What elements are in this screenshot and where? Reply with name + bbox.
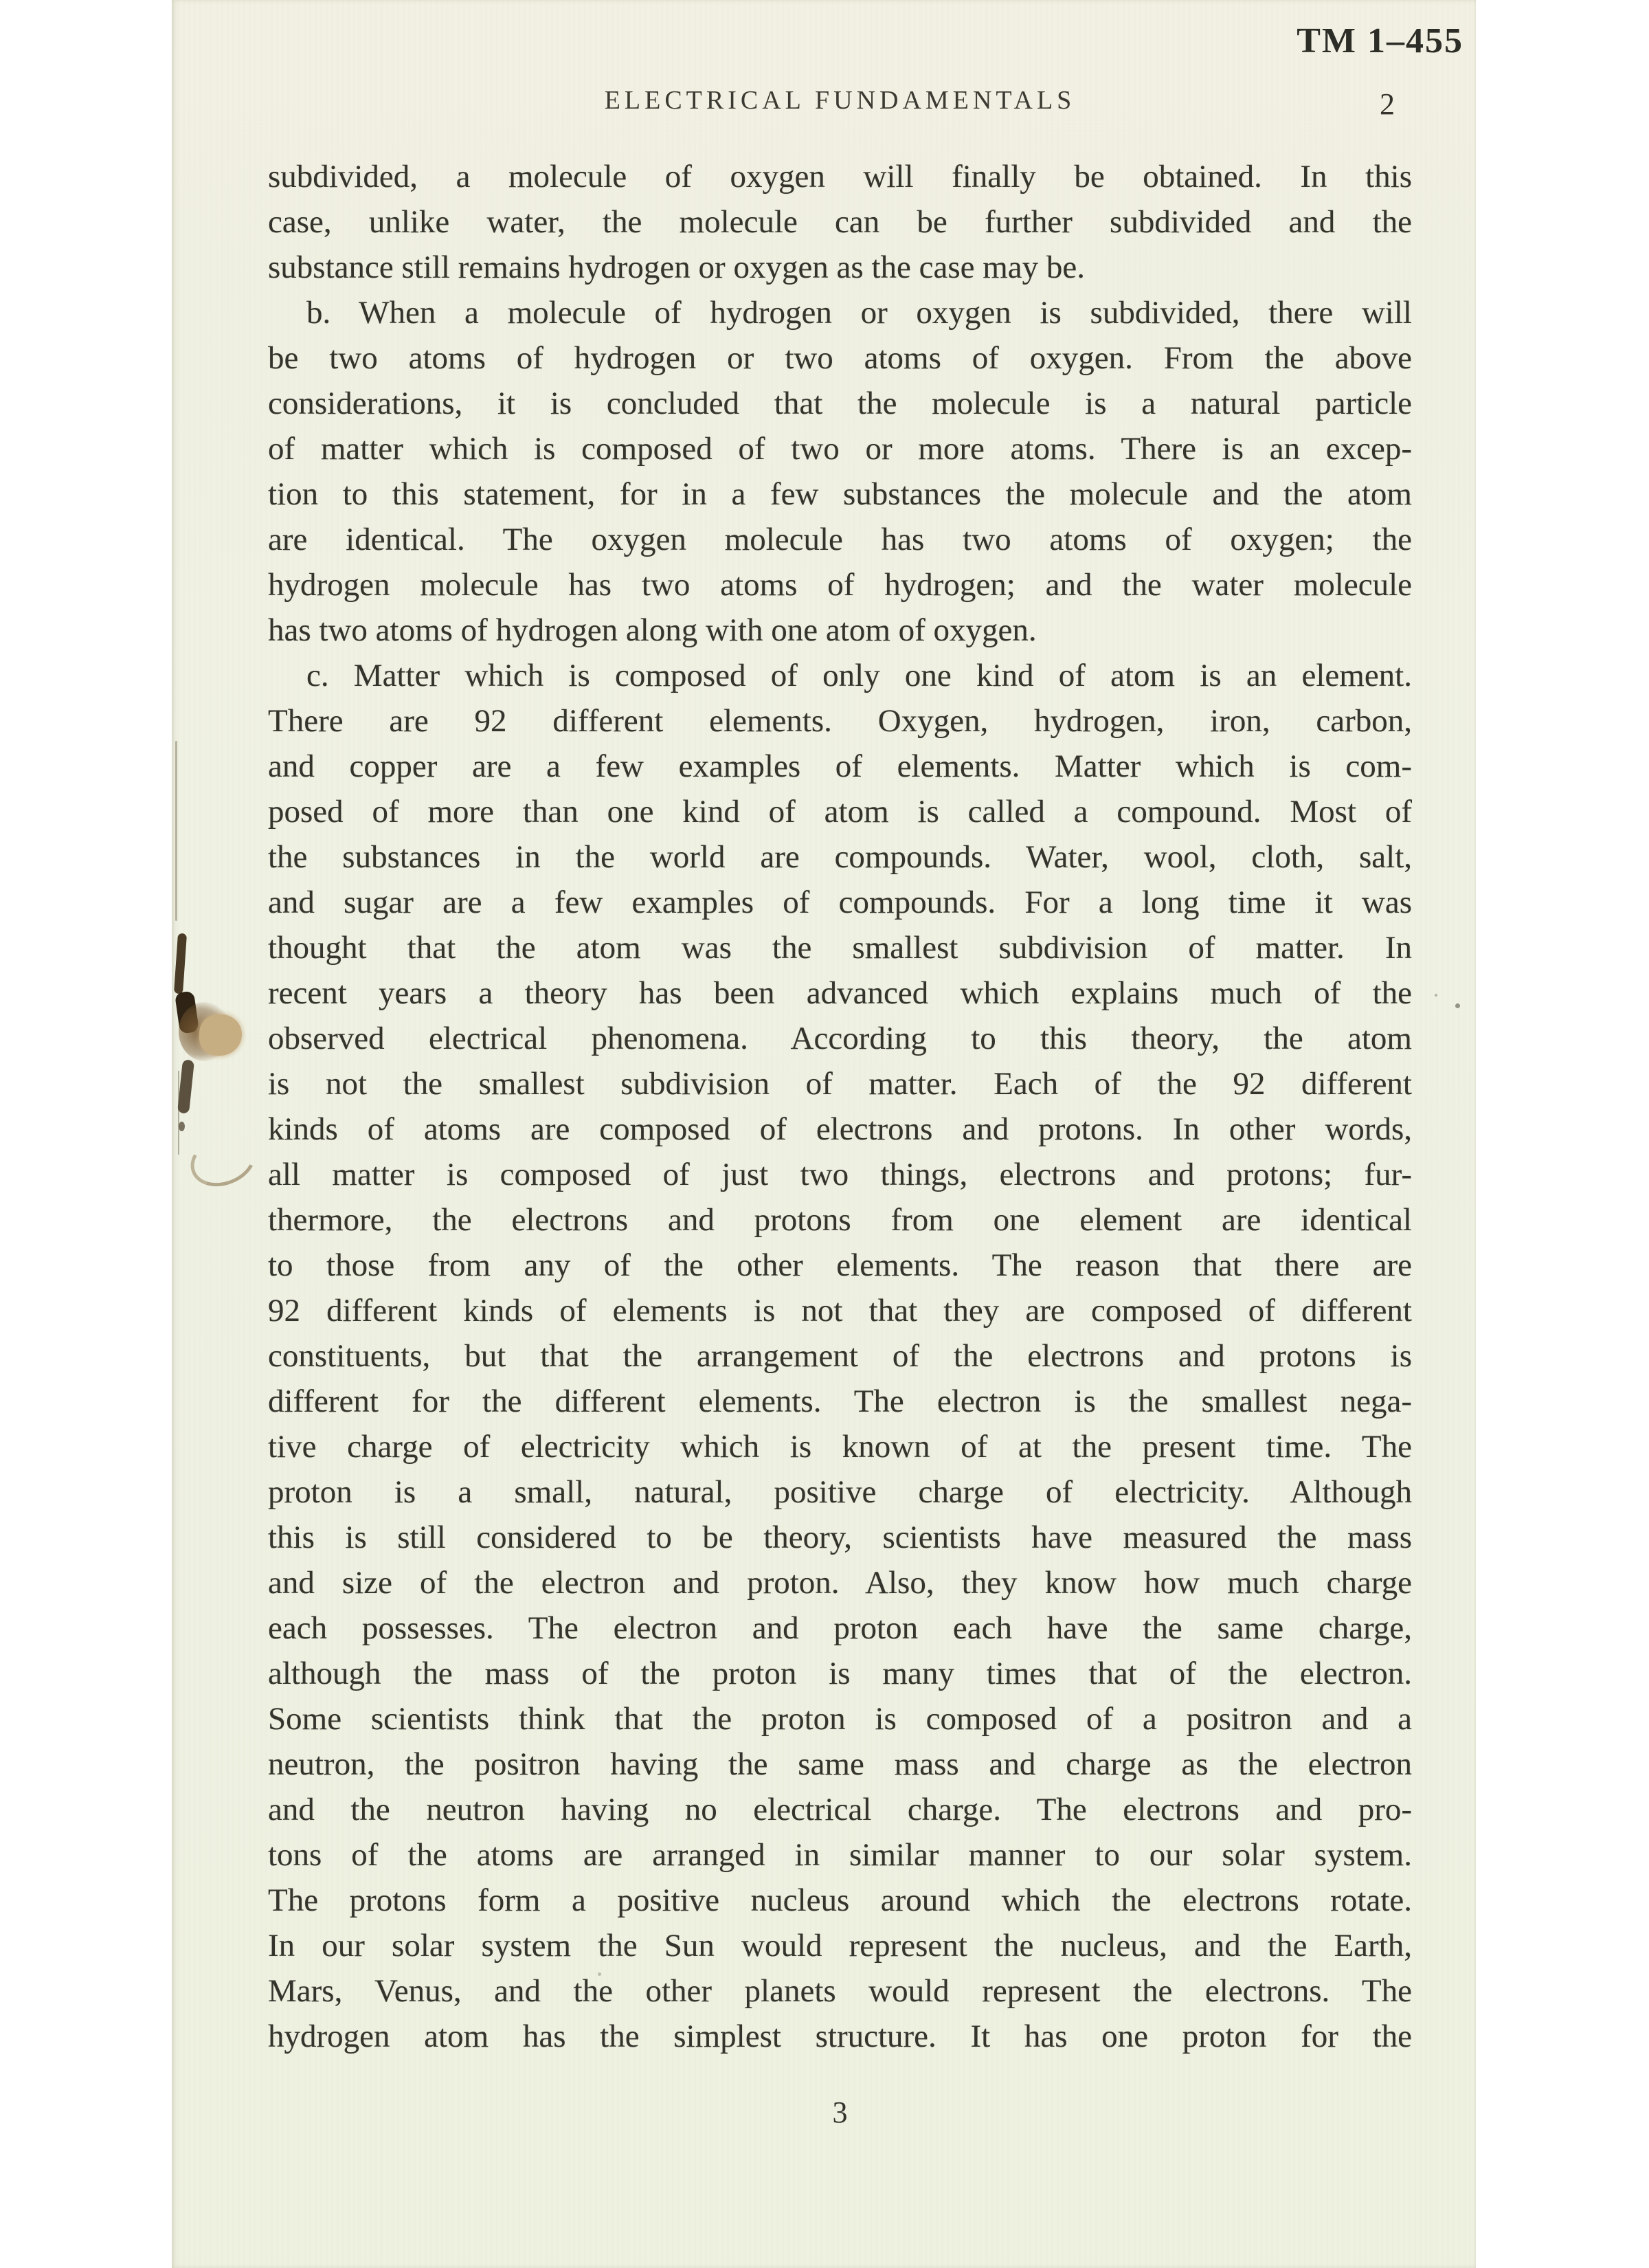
paragraph: subdivided, a molecule of oxygen will fi… — [268, 154, 1412, 290]
text-line: different for the different elements. Th… — [268, 1379, 1412, 1424]
paper-speck — [179, 1122, 185, 1131]
text-line: and the neutron having no electrical cha… — [268, 1787, 1412, 1832]
paper-stain — [183, 1124, 264, 1195]
text-line: tion to this statement, for in a few sub… — [268, 471, 1412, 517]
paper-stain — [179, 1002, 231, 1061]
text-line: be two atoms of hydrogen or two atoms of… — [268, 335, 1412, 381]
text-line: to those from any of the other elements.… — [268, 1243, 1412, 1288]
text-line: subdivided, a molecule of oxygen will fi… — [268, 154, 1412, 199]
text-line: are identical. The oxygen molecule has t… — [268, 517, 1412, 562]
paragraph: c. Matter which is composed of only one … — [268, 653, 1412, 2059]
paragraph: b. When a molecule of hydrogen or oxygen… — [268, 290, 1412, 653]
text-line: and copper are a few examples of element… — [268, 744, 1412, 789]
scanned-document: TM 1–455 ELECTRICAL FUNDAMENTALS 2 subdi… — [0, 0, 1649, 2268]
text-line: Mars, Venus, and the other planets would… — [268, 1968, 1412, 2014]
text-line: hydrogen molecule has two atoms of hydro… — [268, 562, 1412, 608]
text-line: In our solar system the Sun would repres… — [268, 1923, 1412, 1968]
manual-number: TM 1–455 — [1297, 21, 1463, 61]
body-text: subdivided, a molecule of oxygen will fi… — [268, 154, 1412, 2059]
paper-stain — [199, 1014, 242, 1056]
paper-stain — [177, 1059, 194, 1113]
text-line: each possesses. The electron and proton … — [268, 1605, 1412, 1651]
text-line: case, unlike water, the molecule can be … — [268, 199, 1412, 245]
paper-crack-mark — [175, 741, 177, 921]
text-line: observed electrical phenomena. According… — [268, 1016, 1412, 1061]
text-line: the substances in the world are compound… — [268, 834, 1412, 880]
text-line: There are 92 different elements. Oxygen,… — [268, 698, 1412, 744]
paper-crack-mark — [174, 933, 187, 994]
text-line: tons of the atoms are arranged in simila… — [268, 1832, 1412, 1878]
text-line: neutron, the positron having the same ma… — [268, 1742, 1412, 1787]
text-line: proton is a small, natural, positive cha… — [268, 1469, 1412, 1515]
text-line: hydrogen atom has the simplest structure… — [268, 2014, 1412, 2059]
text-line: The protons form a positive nucleus arou… — [268, 1878, 1412, 1923]
text-line: kinds of atoms are composed of electrons… — [268, 1107, 1412, 1152]
text-line: although the mass of the proton is many … — [268, 1651, 1412, 1696]
text-line: and size of the electron and proton. Als… — [268, 1560, 1412, 1605]
text-line: this is still considered to be theory, s… — [268, 1515, 1412, 1560]
paper-crack-mark — [178, 1071, 179, 1155]
text-line: constituents, but that the arrangement o… — [268, 1333, 1412, 1379]
text-line: all matter is composed of just two thing… — [268, 1152, 1412, 1197]
text-line: posed of more than one kind of atom is c… — [268, 789, 1412, 834]
text-line: thought that the atom was the smallest s… — [268, 925, 1412, 970]
text-line: b. When a molecule of hydrogen or oxygen… — [268, 290, 1412, 335]
text-line: recent years a theory has been advanced … — [268, 970, 1412, 1016]
chapter-title: ELECTRICAL FUNDAMENTALS — [268, 85, 1412, 115]
paper-speck — [1435, 994, 1437, 997]
text-line: is not the smallest subdivision of matte… — [268, 1061, 1412, 1107]
manual-page: TM 1–455 ELECTRICAL FUNDAMENTALS 2 subdi… — [172, 0, 1476, 2268]
text-line: thermore, the electrons and protons from… — [268, 1197, 1412, 1243]
text-line: considerations, it is concluded that the… — [268, 381, 1412, 426]
text-line: Some scientists think that the proton is… — [268, 1696, 1412, 1742]
text-line: has two atoms of hydrogen along with one… — [268, 608, 1412, 653]
text-line: substance still remains hydrogen or oxyg… — [268, 245, 1412, 290]
text-line: of matter which is composed of two or mo… — [268, 426, 1412, 471]
text-line: tive charge of electricity which is know… — [268, 1424, 1412, 1469]
text-line: c. Matter which is composed of only one … — [268, 653, 1412, 698]
text-line: and sugar are a few examples of compound… — [268, 880, 1412, 925]
text-line: 92 different kinds of elements is not th… — [268, 1288, 1412, 1333]
chapter-page-number: 2 — [1380, 87, 1395, 122]
paper-speck — [1455, 1003, 1460, 1008]
footer-page-number: 3 — [268, 2095, 1412, 2130]
paper-crack-mark — [175, 990, 199, 1034]
